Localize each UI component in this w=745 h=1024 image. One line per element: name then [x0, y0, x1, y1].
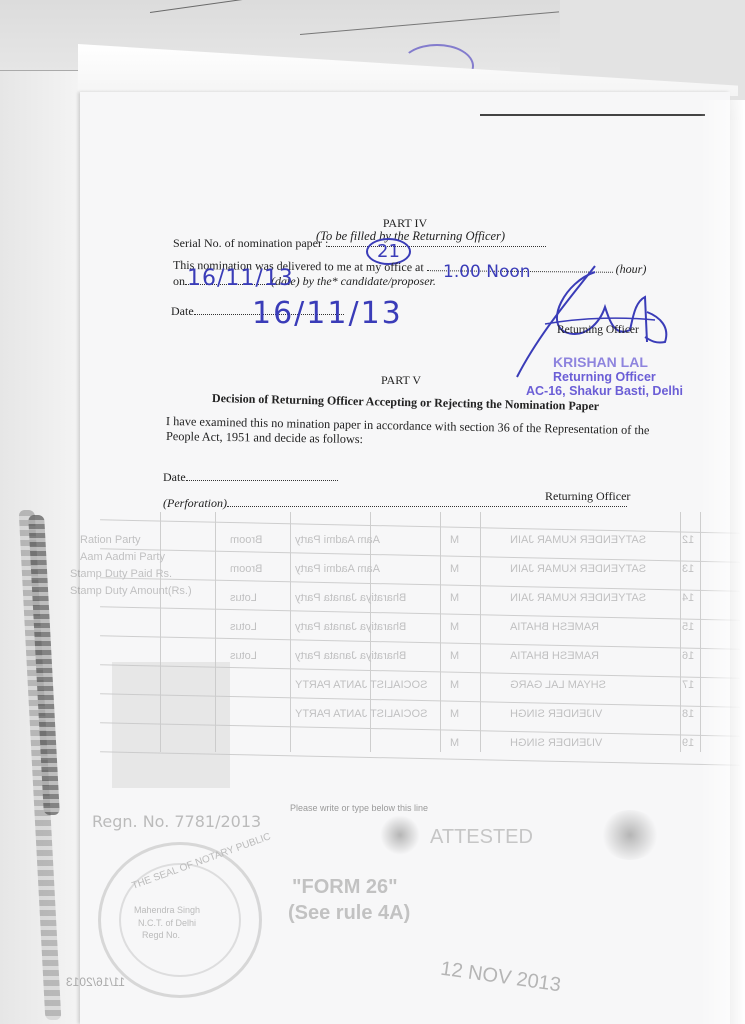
table-cell-sex: M: [450, 679, 459, 691]
table-column-rule: [680, 512, 681, 752]
delivered-date-handwritten: 16/11/13: [187, 266, 294, 291]
table-cell-name: VIJENDER SINGH: [510, 737, 602, 749]
table-cell-sex: M: [450, 534, 459, 546]
table-cell-sex: M: [450, 737, 459, 749]
table-cell-name: SATYENDER KUMAR JAIN: [510, 534, 646, 546]
top-rule-line: [480, 114, 705, 116]
seal-regno: Regd No.: [142, 930, 180, 940]
table-cell-symbol: Broom: [230, 563, 262, 575]
table-cell-name: RAMESH BHATIA: [510, 621, 599, 633]
table-left-note: Stamp Duty Amount(Rs.): [70, 585, 192, 597]
serial-label: Serial No. of nomination paper :: [173, 236, 328, 250]
table-cell-party: Bharatiya Janata Party: [295, 650, 406, 662]
stamp-title: Returning Officer: [553, 370, 656, 384]
signature-caption: Returning Officer: [557, 324, 639, 336]
date-label: Date: [171, 304, 194, 318]
table-cell-party: Aam Aadmi Party: [295, 563, 380, 575]
form-title: "FORM 26": [292, 876, 398, 899]
table-cell-name: SATYENDER KUMAR JAIN: [510, 563, 646, 575]
table-cell-number: 17: [682, 679, 694, 691]
table-rule: [100, 606, 740, 620]
table-cell-number: 13: [682, 563, 694, 575]
date-handwritten: 16/11/13: [252, 296, 403, 331]
smudge: [380, 815, 420, 855]
decision-date-line: Date: [163, 470, 338, 485]
table-cell-sex: M: [450, 592, 459, 604]
table-cell-name: SATYENDER KUMAR JAIN: [510, 592, 646, 604]
table-rule: [100, 635, 740, 649]
table-column-rule: [290, 512, 291, 752]
table-left-note: Stamp Duty Paid Rs.: [70, 568, 172, 580]
table-cell-party: Aam Aadmi Party: [295, 534, 380, 546]
table-cell-sex: M: [450, 650, 459, 662]
table-cell-name: RAMESH BHATIA: [510, 650, 599, 662]
table-left-note: Aam Aadmi Party: [80, 551, 165, 563]
seal-region: N.C.T. of Delhi: [138, 918, 196, 928]
page-edge-highlight: [700, 100, 745, 1024]
mirrored-date: 11/16/2013: [66, 975, 125, 989]
table-cell-party: SOCIALIST JANTA PARTY: [295, 679, 427, 691]
table-left-note: Ration Party: [80, 534, 141, 546]
table-cell-name: SHYAM LAL GARG: [510, 679, 606, 691]
stamp-name: KRISHAN LAL: [553, 354, 648, 370]
table-column-rule: [440, 512, 441, 752]
perforation-line: (Perforation): [163, 496, 627, 511]
table-rule: [100, 548, 740, 562]
smudge: [600, 810, 660, 860]
part-v-heading: PART V: [381, 373, 421, 388]
table-cell-number: 14: [682, 592, 694, 604]
table-cell-name: VIJENDER SINGH: [510, 708, 602, 720]
table-cell-number: 19: [682, 737, 694, 749]
on-label: on: [173, 274, 185, 288]
table-cell-sex: M: [450, 563, 459, 575]
table-cell-number: 15: [682, 621, 694, 633]
part-v-body-line-2: People Act, 1951 and decide as follows:: [166, 429, 363, 447]
decision-date-label: Date: [163, 470, 186, 484]
table-rule: [100, 577, 740, 591]
seal-name: Mahendra Singh: [134, 905, 200, 915]
stamp-constituency: AC-16, Shakur Basti, Delhi: [526, 384, 683, 398]
delivered-suffix: (date) by the* candidate/proposer.: [271, 274, 436, 288]
table-cell-number: 18: [682, 708, 694, 720]
table-cell-number: 16: [682, 650, 694, 662]
decision-date-dots[interactable]: [186, 471, 338, 481]
table-column-rule: [480, 512, 481, 752]
table-cell-party: Bharatiya Janata Party: [295, 592, 406, 604]
table-cell-symbol: Lotus: [230, 621, 257, 633]
table-cell-party: SOCIALIST JANTA PARTY: [295, 708, 427, 720]
bleed-through-photo: [112, 662, 230, 788]
table-cell-symbol: Lotus: [230, 592, 257, 604]
table-cell-symbol: Broom: [230, 534, 262, 546]
table-cell-symbol: Lotus: [230, 650, 257, 662]
table-cell-party: Bharatiya Janata Party: [295, 621, 406, 633]
serial-dots[interactable]: [328, 237, 546, 247]
form-rule: (See rule 4A): [288, 902, 410, 925]
table-cell-sex: M: [450, 621, 459, 633]
handwritten-ref: Regn. No. 7781/2013: [92, 812, 261, 831]
table-rule: [100, 519, 740, 533]
perforation-dots: [227, 497, 627, 507]
perforation-label: (Perforation): [163, 496, 227, 510]
serial-line: Serial No. of nomination paper :: [173, 236, 546, 251]
attested-stamp: ATTESTED: [430, 826, 533, 849]
table-cell-number: 12: [682, 534, 694, 546]
please-write-note: Please write or type below this line: [290, 803, 428, 813]
table-cell-sex: M: [450, 708, 459, 720]
